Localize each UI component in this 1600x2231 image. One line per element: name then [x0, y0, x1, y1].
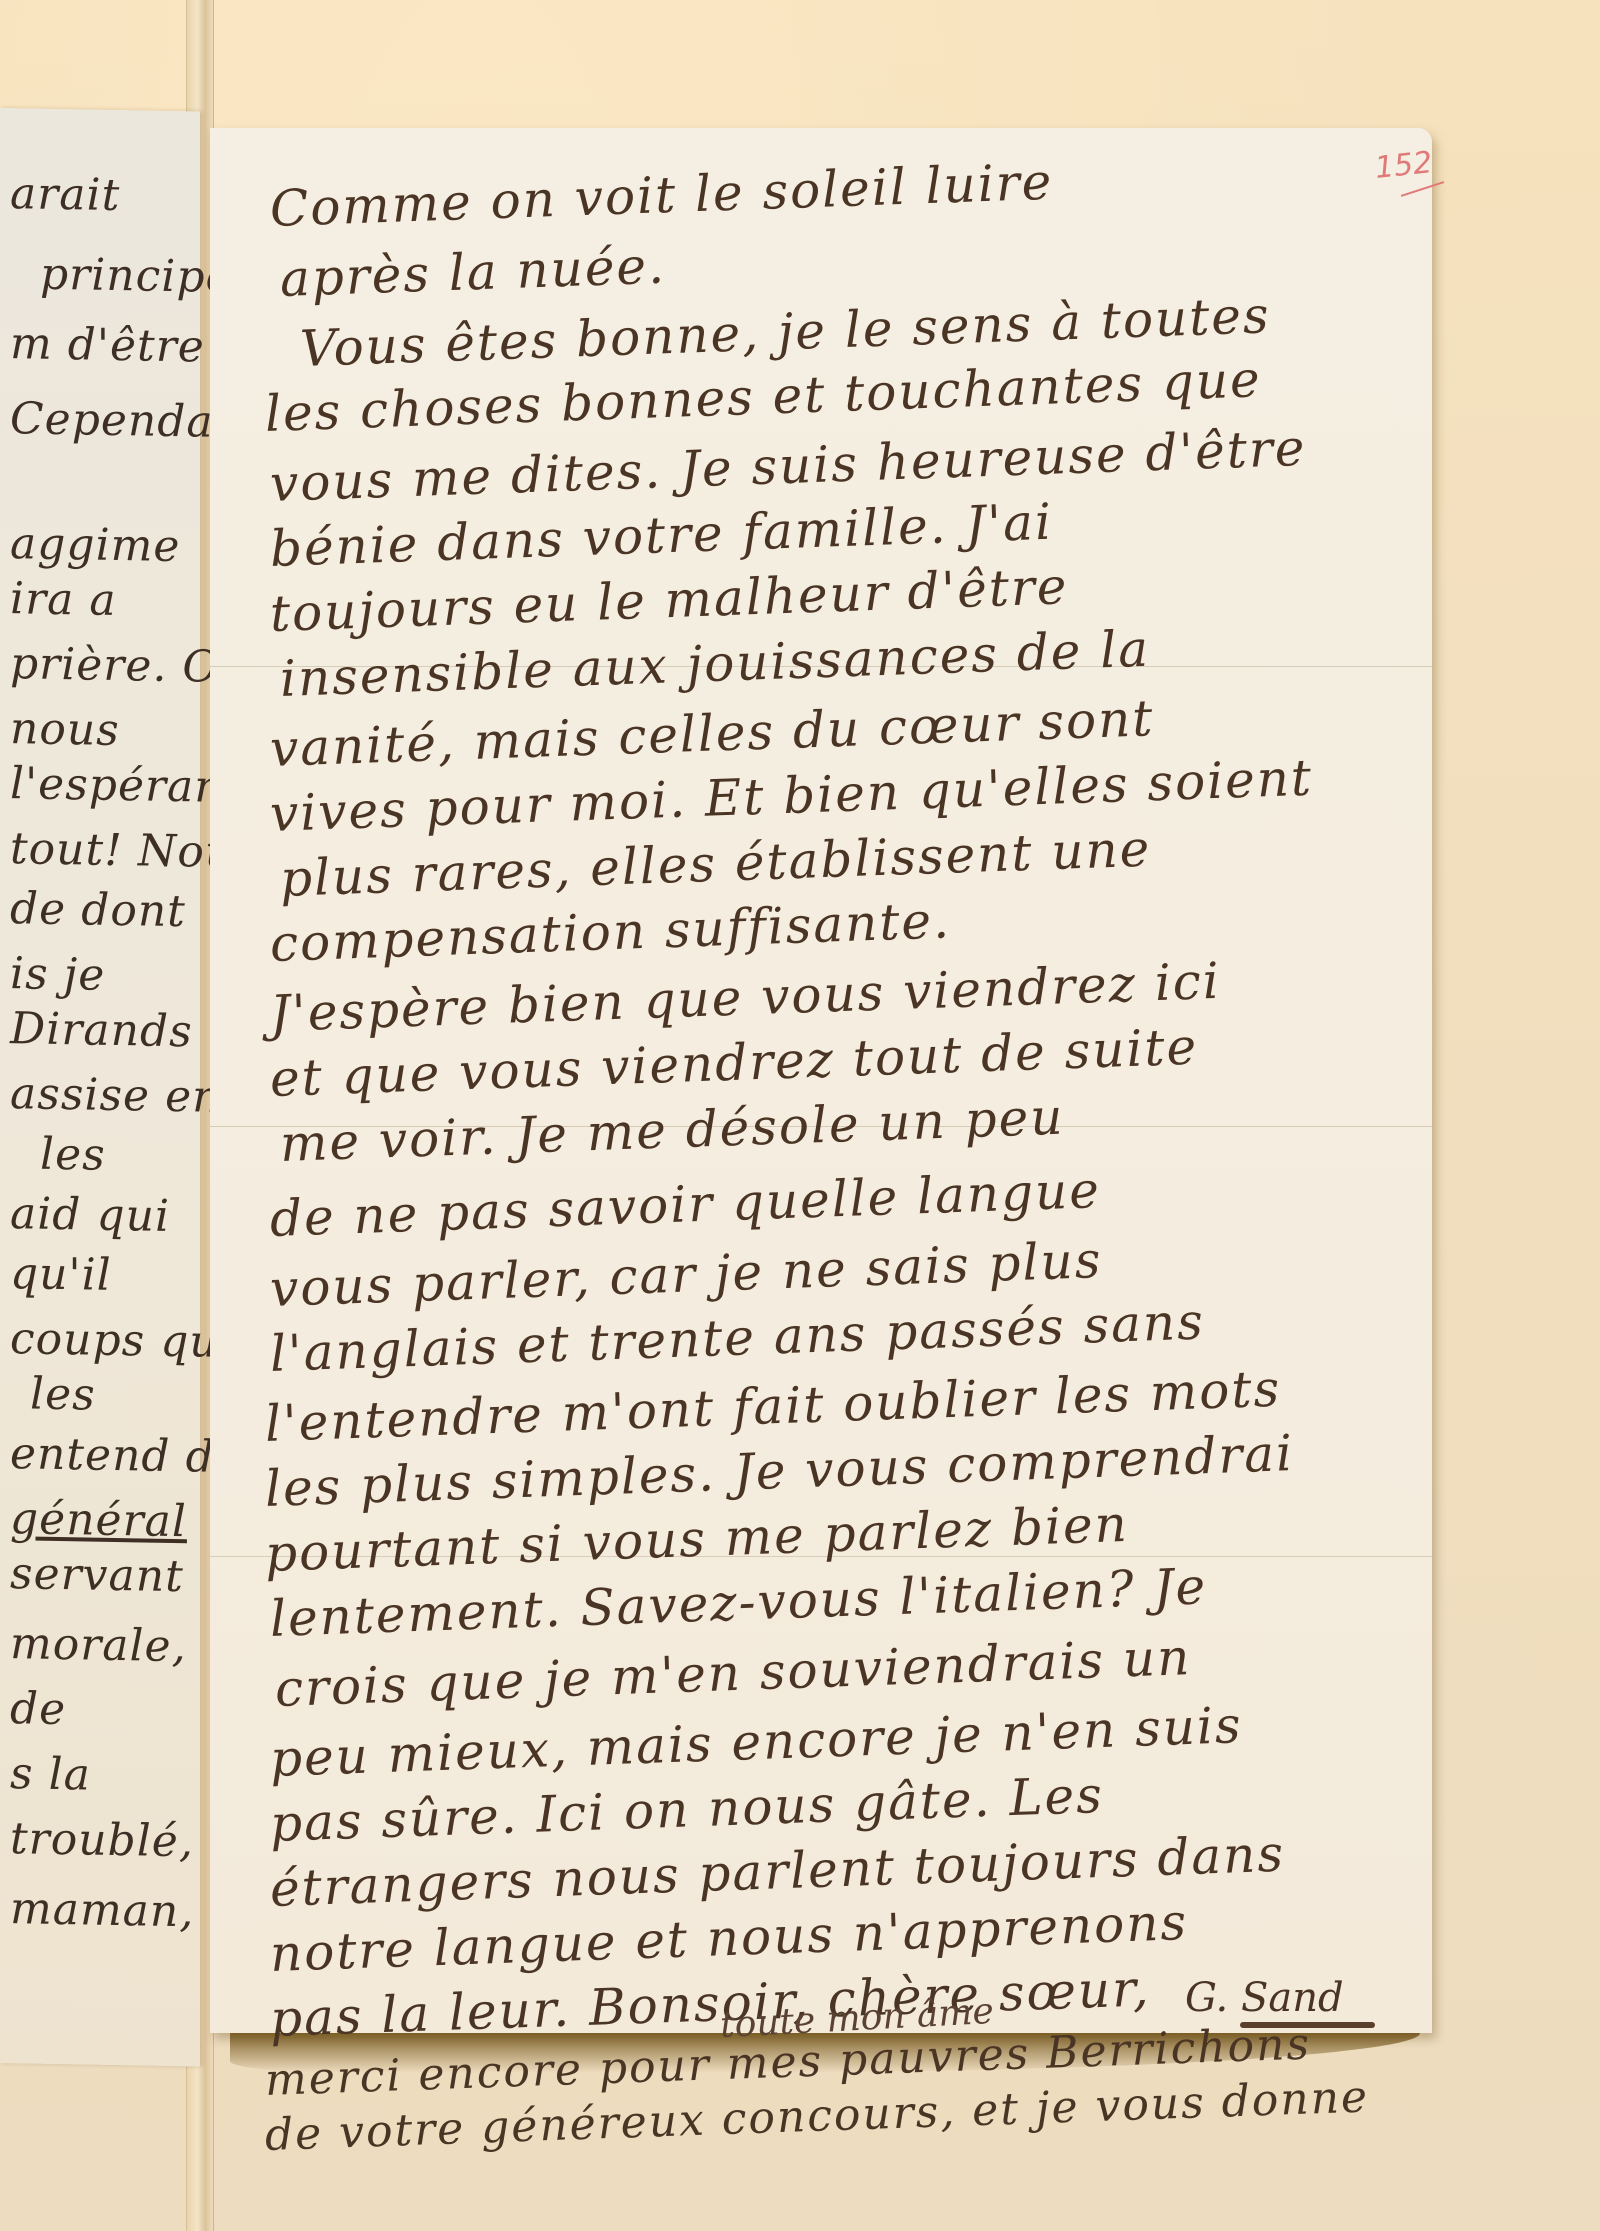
- left-line: arait: [10, 168, 120, 221]
- left-line: s la: [10, 1748, 91, 1800]
- left-line: aggime: [10, 518, 180, 572]
- left-line: aid qui: [10, 1188, 170, 1242]
- left-line: assise en: [10, 1068, 221, 1123]
- left-line: is je: [10, 948, 105, 1001]
- left-line: nous: [10, 703, 120, 756]
- signature-underline: [1240, 2022, 1375, 2028]
- left-line: général: [10, 1493, 187, 1547]
- left-line: servant: [10, 1548, 184, 1602]
- left-line: ira a: [10, 573, 117, 626]
- left-line: de dont: [10, 883, 186, 937]
- signature: G. Sand: [1185, 1975, 1344, 2021]
- left-line: m d'être: [10, 318, 205, 372]
- left-line: qu'il: [10, 1248, 112, 1301]
- left-page-fragment: arait principe, m d'être Cependant aggim…: [0, 108, 200, 2066]
- left-line: les: [30, 1369, 96, 1421]
- folio-number: 152: [1373, 145, 1434, 186]
- left-line: de: [10, 1683, 66, 1735]
- left-line: maman,: [10, 1883, 194, 1937]
- left-line: troublé,: [10, 1813, 194, 1867]
- left-line: les: [40, 1129, 106, 1181]
- left-line: morale,: [10, 1618, 187, 1672]
- left-line: Dirands: [10, 1003, 193, 1057]
